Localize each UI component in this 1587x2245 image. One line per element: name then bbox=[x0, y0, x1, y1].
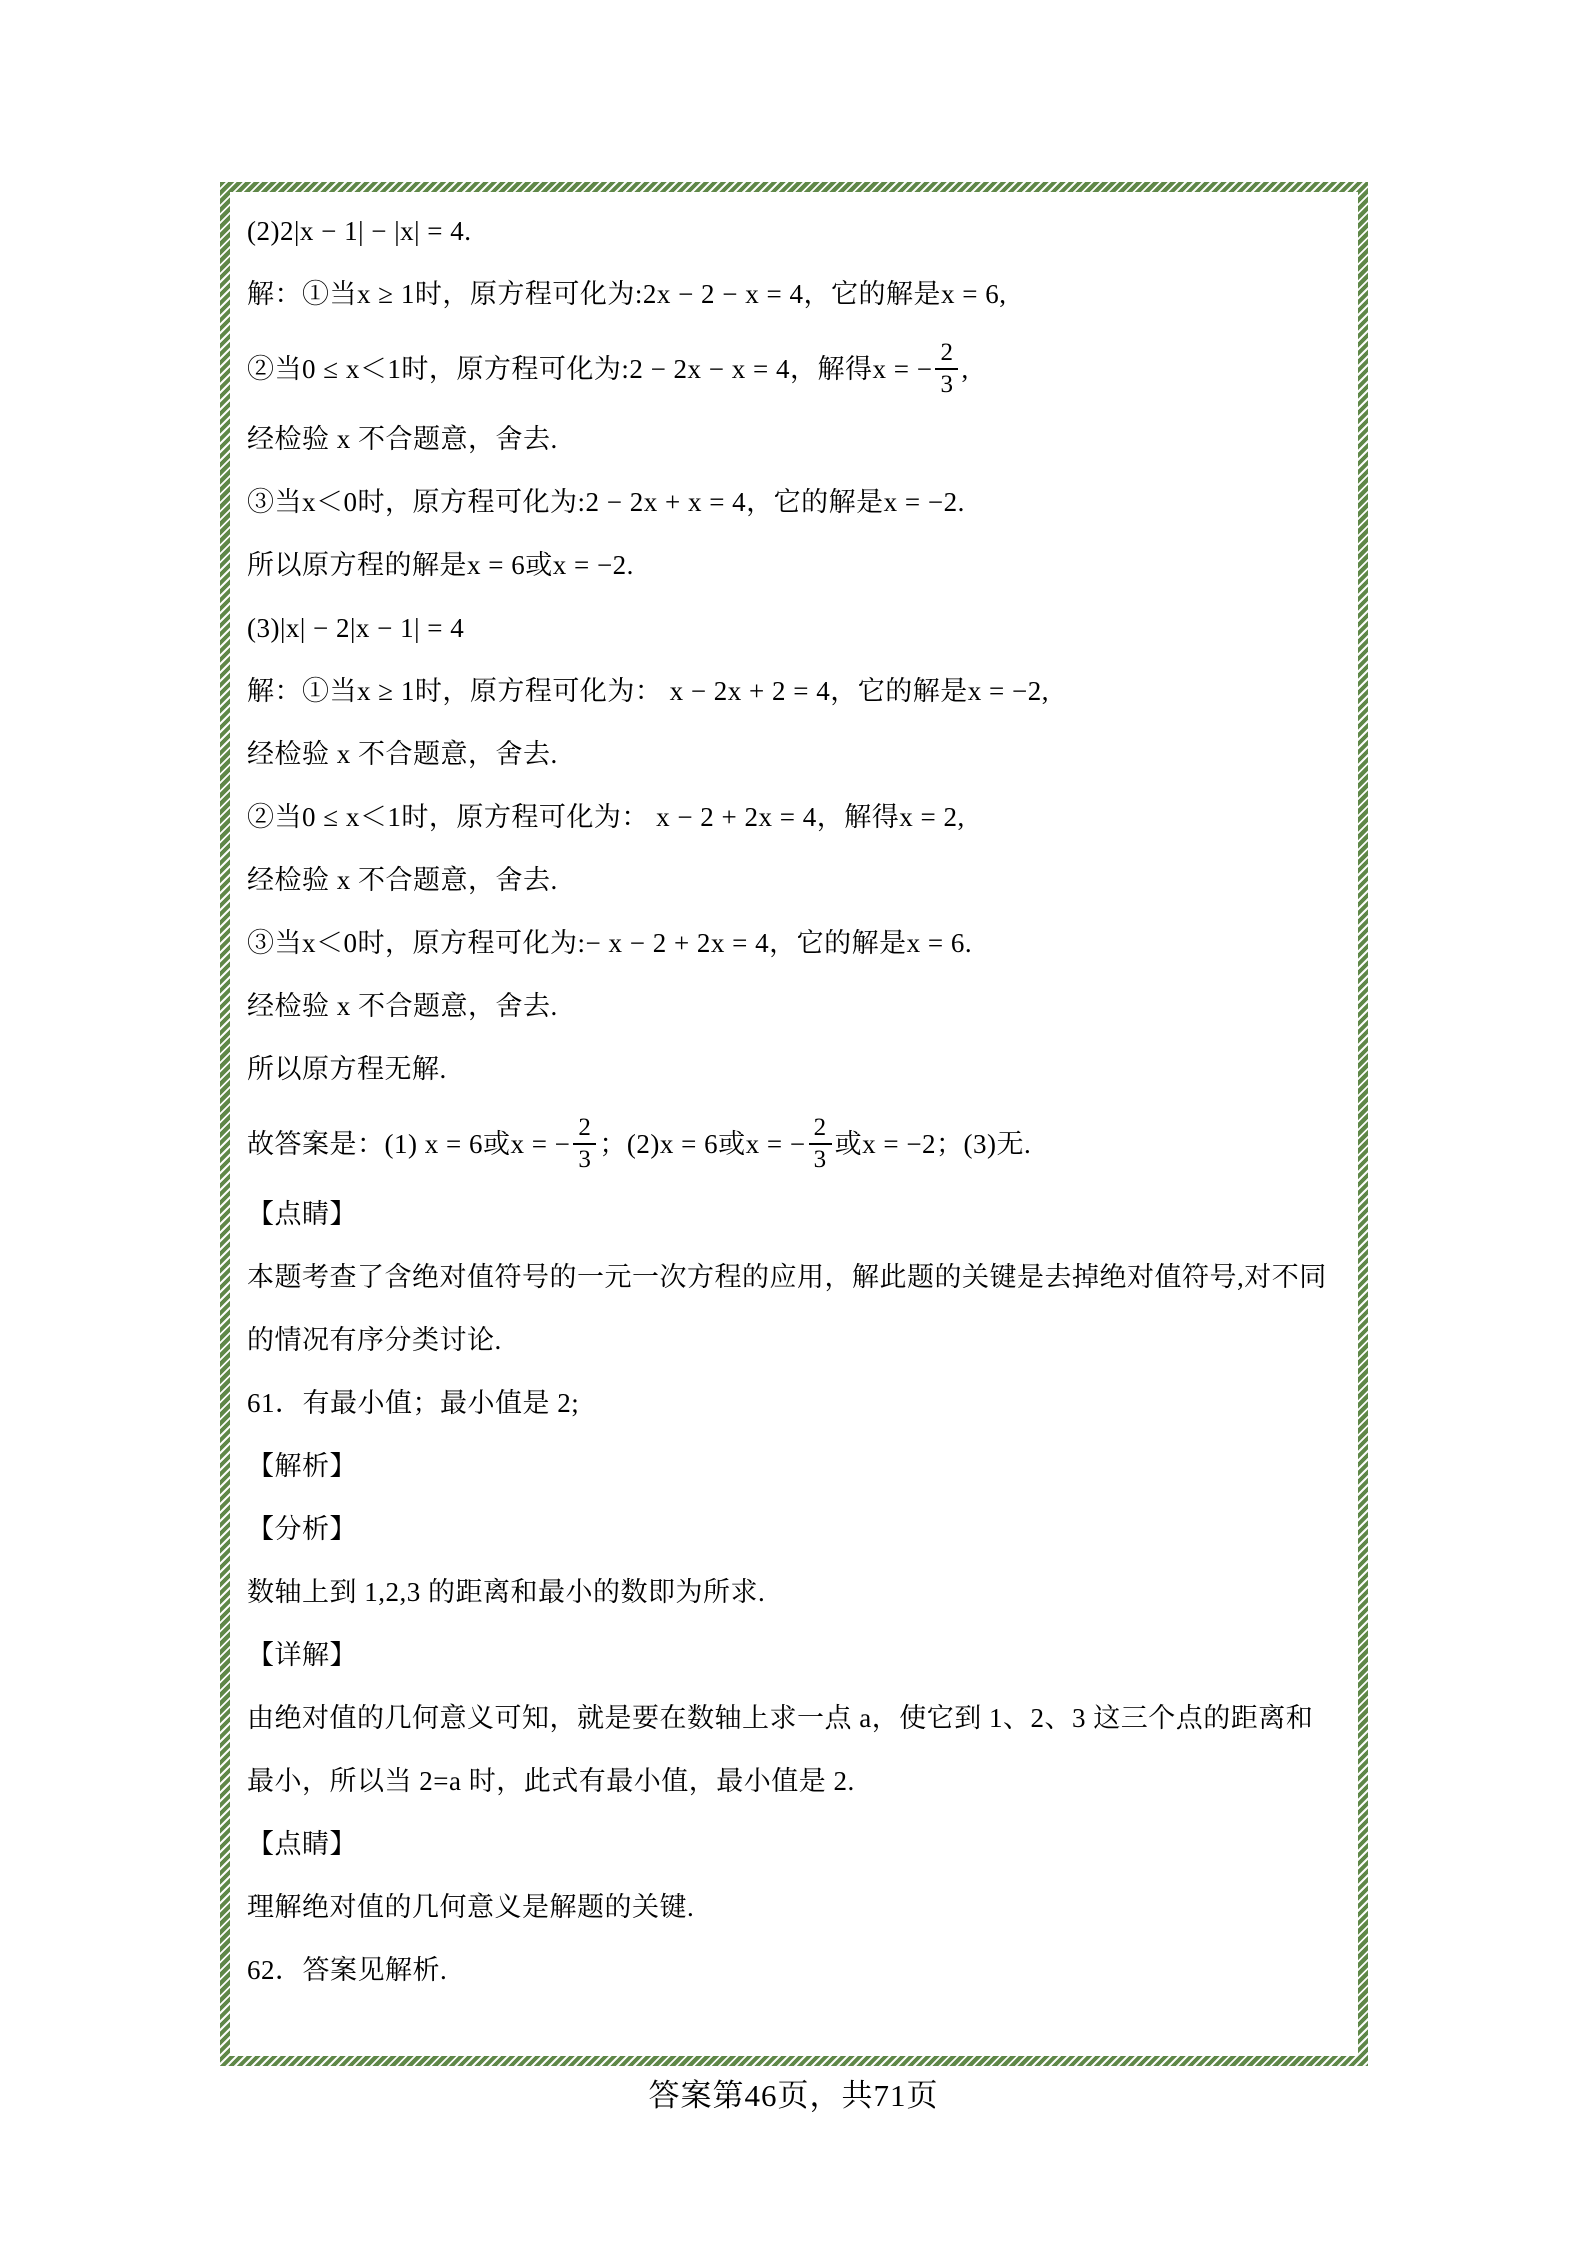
text-run: 解：①当x ≥ 1时，原方程可化为:2x − 2 − x = 4，它的解是x =… bbox=[247, 279, 1006, 309]
text-run: 理解绝对值的几何意义是解题的关键. bbox=[247, 1892, 694, 1922]
text-run: ②当0 ≤ x＜1时，原方程可化为： x − 2 + 2x = 4，解得x = … bbox=[247, 802, 965, 832]
text-run: 最小，所以当 2=a 时，此式有最小值，最小值是 2. bbox=[247, 1766, 855, 1796]
text-run: 或x = −2；(3)无. bbox=[835, 1129, 1032, 1159]
text-run: ③当x＜0时，原方程可化为:− x − 2 + 2x = 4，它的解是x = 6… bbox=[247, 928, 972, 958]
text-run: ；(2)x = 6或x = − bbox=[599, 1129, 805, 1159]
q61-dianjing-header: 【点睛】 bbox=[247, 1829, 1342, 1859]
comment-body-line1: 本题考查了含绝对值符号的一元一次方程的应用，解此题的关键是去掉绝对值符号,对不同 bbox=[247, 1262, 1342, 1292]
text-run: 本题考查了含绝对值符号的一元一次方程的应用，解此题的关键是去掉绝对值符号,对不同 bbox=[247, 1262, 1327, 1292]
text-run: 经检验 x 不合题意，舍去. bbox=[247, 424, 558, 454]
text-run: 61．有最小值；最小值是 2; bbox=[247, 1388, 579, 1418]
text-run: ②当0 ≤ x＜1时，原方程可化为:2 − 2x − x = 4，解得x = − bbox=[247, 354, 932, 384]
text-run: 【详解】 bbox=[247, 1640, 357, 1670]
part3-case3: ③当x＜0时，原方程可化为:− x − 2 + 2x = 4，它的解是x = 6… bbox=[247, 928, 1342, 958]
fraction-numerator: 2 bbox=[935, 339, 958, 370]
q61-jiexi-header: 【解析】 bbox=[247, 1451, 1342, 1481]
part3-case2-check: 经检验 x 不合题意，舍去. bbox=[247, 865, 1342, 895]
q61-xiangjie-body-line1: 由绝对值的几何意义可知，就是要在数轴上求一点 a，使它到 1、2、3 这三个点的… bbox=[247, 1703, 1342, 1733]
text-run: 【点睛】 bbox=[247, 1829, 357, 1859]
part2-case1: 解：①当x ≥ 1时，原方程可化为:2x − 2 − x = 4，它的解是x =… bbox=[247, 279, 1342, 309]
part3-equation: (3)|x| − 2|x − 1| = 4 bbox=[247, 613, 1342, 643]
text-run: 所以原方程的解是x = 6或x = −2. bbox=[247, 550, 634, 580]
striped-border-frame: (2)2|x − 1| − |x| = 4.解：①当x ≥ 1时，原方程可化为:… bbox=[220, 182, 1368, 2066]
q61-fenxi-body: 数轴上到 1,2,3 的距离和最小的数即为所求. bbox=[247, 1577, 1342, 1607]
q61-dianjing-body: 理解绝对值的几何意义是解题的关键. bbox=[247, 1892, 1342, 1922]
fraction-denominator: 3 bbox=[935, 370, 958, 399]
part3-case3-check: 经检验 x 不合题意，舍去. bbox=[247, 991, 1342, 1021]
q61-xiangjie-header: 【详解】 bbox=[247, 1640, 1342, 1670]
part3-case1: 解：①当x ≥ 1时，原方程可化为： x − 2x + 2 = 4，它的解是x … bbox=[247, 676, 1342, 706]
fraction-numerator: 2 bbox=[809, 1114, 832, 1145]
document-lines: (2)2|x − 1| − |x| = 4.解：①当x ≥ 1时，原方程可化为:… bbox=[230, 192, 1358, 2056]
part3-case1-check: 经检验 x 不合题意，舍去. bbox=[247, 739, 1342, 769]
page-footer: 答案第46页，共71页 bbox=[0, 2078, 1587, 2114]
part3-case2: ②当0 ≤ x＜1时，原方程可化为： x − 2 + 2x = 4，解得x = … bbox=[247, 802, 1342, 832]
q62-answer: 62．答案见解析. bbox=[247, 1955, 1342, 1985]
comment-header: 【点睛】 bbox=[247, 1199, 1342, 1229]
text-run: 经检验 x 不合题意，舍去. bbox=[247, 991, 558, 1021]
text-run: 62．答案见解析. bbox=[247, 1955, 447, 1985]
q61-answer: 61．有最小值；最小值是 2; bbox=[247, 1388, 1342, 1418]
fraction: 23 bbox=[809, 1114, 832, 1174]
final-answer: 故答案是：(1) x = 6或x = −23；(2)x = 6或x = −23或… bbox=[247, 1117, 1342, 1177]
part2-case2-check: 经检验 x 不合题意，舍去. bbox=[247, 424, 1342, 454]
text-run: 故答案是：(1) x = 6或x = − bbox=[247, 1129, 570, 1159]
text-run: 的情况有序分类讨论. bbox=[247, 1325, 502, 1355]
text-run: 数轴上到 1,2,3 的距离和最小的数即为所求. bbox=[247, 1577, 765, 1607]
text-run: 经检验 x 不合题意，舍去. bbox=[247, 739, 558, 769]
text-run: 【解析】 bbox=[247, 1451, 357, 1481]
text-run: 【分析】 bbox=[247, 1514, 357, 1544]
text-run: 经检验 x 不合题意，舍去. bbox=[247, 865, 558, 895]
text-run: (3)|x| − 2|x − 1| = 4 bbox=[247, 613, 464, 643]
fraction: 23 bbox=[573, 1114, 596, 1174]
part3-conclusion: 所以原方程无解. bbox=[247, 1054, 1342, 1084]
comment-body-line2: 的情况有序分类讨论. bbox=[247, 1325, 1342, 1355]
text-run: 由绝对值的几何意义可知，就是要在数轴上求一点 a，使它到 1、2、3 这三个点的… bbox=[247, 1703, 1313, 1733]
q61-fenxi-header: 【分析】 bbox=[247, 1514, 1342, 1544]
text-run: (2)2|x − 1| − |x| = 4. bbox=[247, 216, 472, 246]
document-page: (2)2|x − 1| − |x| = 4.解：①当x ≥ 1时，原方程可化为:… bbox=[0, 0, 1587, 2245]
q61-xiangjie-body-line2: 最小，所以当 2=a 时，此式有最小值，最小值是 2. bbox=[247, 1766, 1342, 1796]
part2-conclusion: 所以原方程的解是x = 6或x = −2. bbox=[247, 550, 1342, 580]
text-run: ③当x＜0时，原方程可化为:2 − 2x + x = 4，它的解是x = −2. bbox=[247, 487, 965, 517]
part2-equation: (2)2|x − 1| − |x| = 4. bbox=[247, 216, 1342, 246]
text-run: , bbox=[961, 354, 968, 384]
part2-case3: ③当x＜0时，原方程可化为:2 − 2x + x = 4，它的解是x = −2. bbox=[247, 487, 1342, 517]
fraction-denominator: 3 bbox=[809, 1145, 832, 1174]
part2-case2: ②当0 ≤ x＜1时，原方程可化为:2 − 2x − x = 4，解得x = −… bbox=[247, 342, 1342, 402]
fraction-denominator: 3 bbox=[573, 1145, 596, 1174]
fraction-numerator: 2 bbox=[573, 1114, 596, 1145]
text-run: 解：①当x ≥ 1时，原方程可化为： x − 2x + 2 = 4，它的解是x … bbox=[247, 676, 1049, 706]
text-run: 所以原方程无解. bbox=[247, 1054, 447, 1084]
text-run: 【点睛】 bbox=[247, 1199, 357, 1229]
fraction: 23 bbox=[935, 339, 958, 399]
